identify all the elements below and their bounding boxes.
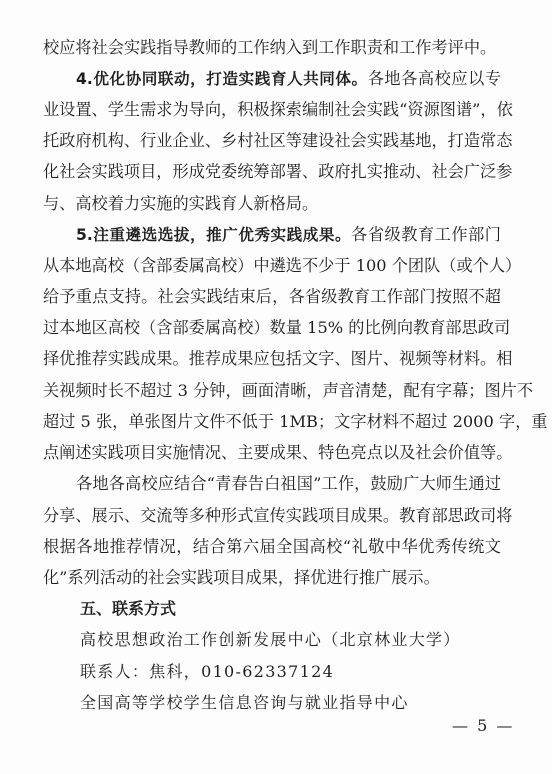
paragraph-line: 与、高校着力实施的实践育人新格局。: [43, 192, 501, 216]
contact-organization-2: 全国高等学校学生信息咨询与就业指导中心: [80, 691, 409, 715]
paragraph-line: 过本地区高校（含部委属高校）数量 15% 的比例向教育部思政司: [43, 316, 501, 340]
document-page: 校应将社会实践指导教师的工作纳入到工作职责和工作考评中。 4.优化协同联动，打造…: [0, 0, 552, 774]
paragraph-line: 化社会实践项目，形成党委统筹部署、政府扎实推动、社会广泛参: [43, 160, 501, 184]
page-number: — 5 —: [452, 715, 514, 737]
contact-organization: 高校思想政治工作创新发展中心（北京林业大学）: [80, 628, 461, 652]
paragraph-line: 各地各高校应结合“青春告白祖国”工作，鼓励广大师生通过: [76, 472, 501, 496]
paragraph-line: 关视频时长不超过 3 分钟，画面清晰，声音清楚，配有字幕；图片不: [43, 379, 501, 403]
paragraph-line: 托政府机构、行业企业、乡村社区等建设社会实践基地，打造常态: [43, 129, 501, 153]
paragraph-4-first-line: 4.优化协同联动，打造实践育人共同体。各地各高校应以专: [76, 67, 501, 91]
paragraph-5-first-line: 5.注重遴选选拔，推广优秀实践成果。各省级教育工作部门: [76, 223, 501, 247]
paragraph-line: 业设置、学生需求为导向，积极探索编制社会实践“资源图谱”，依: [43, 98, 501, 122]
paragraph-4-lead-text: 各地各高校应以专: [368, 69, 501, 88]
paragraph-line: 从本地高校（含部委属高校）中遴选不少于 100 个团队（或个人）: [43, 254, 501, 278]
contact-person: 联系人：焦科，010-62337124: [80, 660, 334, 684]
paragraph-5-lead-text: 各省级教育工作部门: [351, 225, 501, 244]
paragraph-line: 点阐述实践项目实施情况、主要成果、特色亮点以及社会价值等。: [43, 441, 501, 465]
paragraph-5-heading: 5.注重遴选选拔，推广优秀实践成果。: [76, 226, 351, 244]
section-heading-contact: 五、联系方式: [80, 597, 176, 621]
paragraph-line: 分享、展示、交流等多种形式宣传实践项目成果。教育部思政司将: [43, 504, 501, 528]
paragraph-line: 校应将社会实践指导教师的工作纳入到工作职责和工作考评中。: [43, 36, 501, 60]
paragraph-line: 择优推荐实践成果。推荐成果应包括文字、图片、视频等材料。相: [43, 347, 501, 371]
paragraph-4-heading: 4.优化协同联动，打造实践育人共同体。: [76, 70, 368, 88]
paragraph-line: 给予重点支持。社会实践结束后，各省级教育工作部门按照不超: [43, 285, 501, 309]
paragraph-line: 超过 5 张，单张图片文件不低于 1MB；文字材料不超过 2000 字，重: [43, 410, 501, 434]
paragraph-line: 根据各地推荐情况，结合第六届全国高校“礼敬中华优秀传统文: [43, 535, 501, 559]
paragraph-line: 化”系列活动的社会实践项目成果，择优进行推广展示。: [43, 566, 501, 590]
